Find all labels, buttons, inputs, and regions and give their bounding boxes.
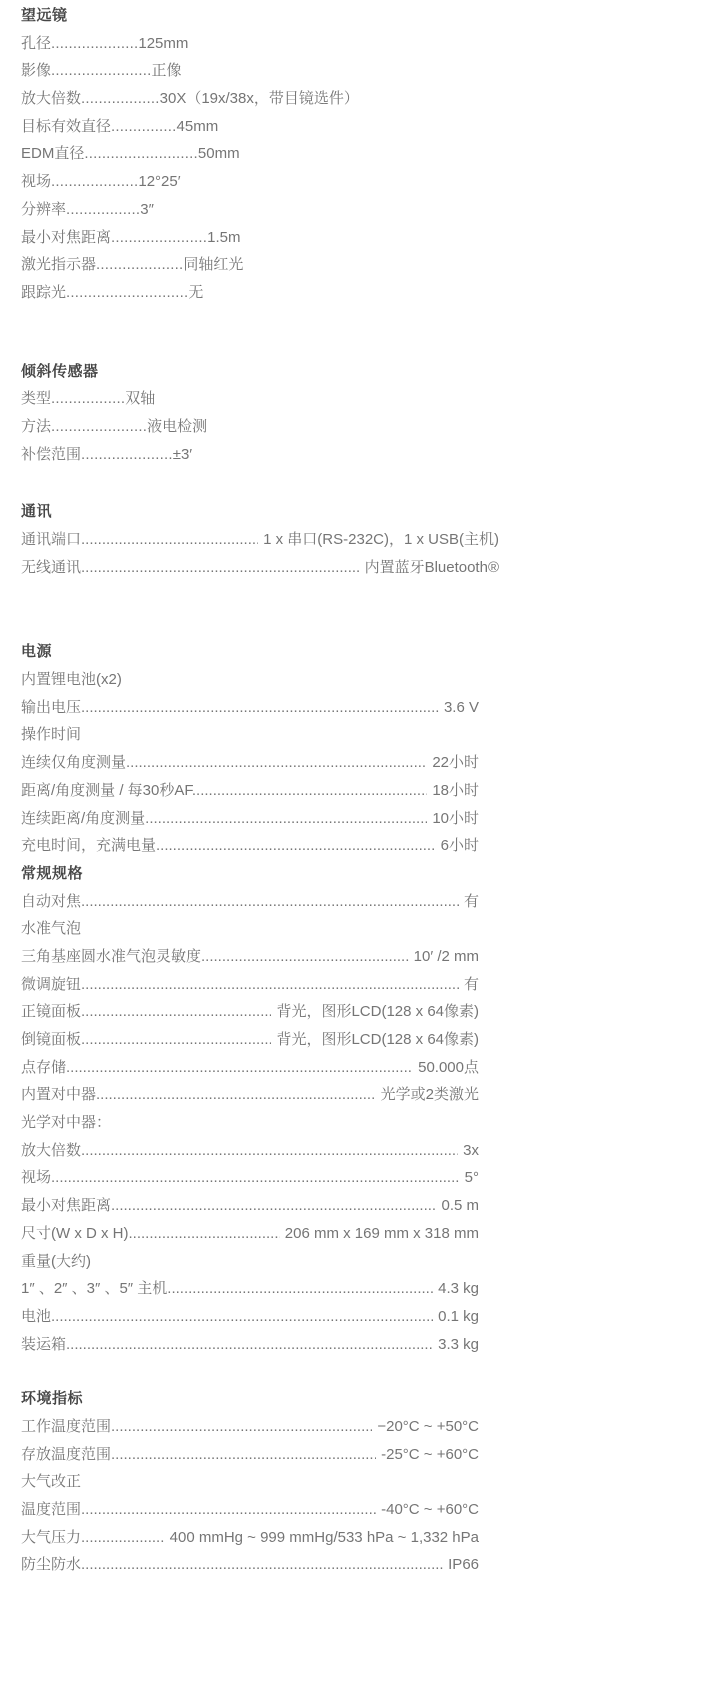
leader-dots: ........................................… [111,1413,372,1441]
spec-value: 10小时 [427,805,479,833]
spec-label: 存放温度范围 [21,1441,111,1469]
spec-row: 内置锂电池(x2) [21,666,725,694]
leader-dots: ........................................… [70,1331,433,1359]
spec-label: 装运箱. [21,1331,70,1359]
spec-label: 连续距离/角度测量 [21,805,145,833]
spec-row: EDM直径..........................50mm [21,140,725,168]
spec-row: 放大倍数....................................… [21,1137,479,1165]
spec-row: 正镜面板....................................… [21,998,479,1026]
spec-section: 环境指标工作温度范围..............................… [21,1385,725,1579]
spec-row: 连续仅角度测量.................................… [21,749,479,777]
spec-value: 1.5m [207,224,240,252]
spec-section: 通讯通讯端口..................................… [21,498,725,581]
spec-label: 放大倍数 [21,1137,81,1165]
spec-row: 补偿范围.....................±3′ [21,441,725,469]
spec-row: 输出电压....................................… [21,694,479,722]
spec-label: 电池 [21,1303,51,1331]
spec-label: 光学对中器： [21,1109,111,1137]
leader-dots: ........................................… [81,694,439,722]
spec-section: 望远镜孔径....................125mm影像........… [21,2,725,307]
spec-label: 尺寸(W x D x H) [21,1220,128,1248]
spec-row: 分辨率.................3″ [21,196,725,224]
spec-value: -25°C ~ +60°C [376,1441,479,1469]
spec-value: 50mm [198,140,240,168]
spec-value: 3.3 kg [433,1331,479,1359]
leader-dots: ........................................… [81,1524,165,1552]
spec-label: 大气压力 [21,1524,81,1552]
spec-label: 三角基座圆水准气泡灵敏度 [21,943,201,971]
spec-section: 常规规格自动对焦................................… [21,860,725,1358]
leader-dots: ........................................… [167,1275,433,1303]
spec-value: 10′ /2 mm [409,943,479,971]
leader-dots: .................. [81,85,160,113]
leader-dots: ...................... [51,413,147,441]
spec-label: 正镜面板 [21,998,81,1026]
spec-value: 内置蓝牙Bluetooth® [360,554,499,582]
leader-dots: ........................................… [81,1026,271,1054]
leader-dots: ........................................… [111,1441,376,1469]
leader-dots: ........................................… [156,832,436,860]
spec-value: IP66 [443,1551,479,1579]
spec-value: ±3′ [173,441,192,469]
spec-value: 双轴 [125,385,155,413]
spec-value: 3x [458,1137,479,1165]
spec-row: 视场....................12°25′ [21,168,725,196]
spec-row: 最小对焦距离..................................… [21,1192,479,1220]
spec-value: 125mm [138,30,188,58]
spec-value: 6小时 [436,832,479,860]
spec-label: 操作时间 [21,721,81,749]
leader-dots: ........................................… [85,526,258,554]
leader-dots: ........................................… [81,971,459,999]
section-title: 环境指标 [21,1385,725,1413]
spec-value: 5° [460,1164,479,1192]
spec-row: 光学对中器： [21,1109,725,1137]
spec-row: 通讯端口....................................… [21,526,499,554]
spec-value: 同轴红光 [183,251,243,279]
spec-label: 分辨率 [21,196,66,224]
spec-row: 内置对中器...................................… [21,1081,479,1109]
leader-dots: ................. [66,196,140,224]
leader-dots: ........................................… [201,943,409,971]
spec-label: 水准气泡 [21,915,81,943]
spec-label: 跟踪光 [21,279,66,307]
leader-dots: .................... [51,30,138,58]
spec-label: 最小对焦距离 [21,224,111,252]
spec-row: 存放温度范围..................................… [21,1441,479,1469]
spec-value: 背光，图形LCD(128 x 64像素) [271,998,479,1026]
leader-dots: ........................................… [145,805,427,833]
spec-label: 孔径 [21,30,51,58]
spec-value: 50.000点 [413,1054,479,1082]
spec-value: 正像 [151,57,181,85]
leader-dots: ............................ [66,279,188,307]
leader-dots: ........................................… [111,1192,436,1220]
spec-value: -40°C ~ +60°C [376,1496,479,1524]
spec-value: −20°C ~ +50°C [372,1413,479,1441]
spec-row: 温度范围....................................… [21,1496,479,1524]
spec-section: 倾斜传感器类型.................双轴方法............… [21,358,725,469]
spec-row: 影像.......................正像 [21,57,725,85]
spec-label: 视场 [21,1164,51,1192]
spec-row: 目标有效直径...............45mm [21,113,725,141]
leader-dots: ........................................… [128,1220,279,1248]
spec-label: 最小对焦距离 [21,1192,111,1220]
spec-value: 3.6 V [439,694,479,722]
spec-row: 倒镜面板....................................… [21,1026,479,1054]
spec-row: 类型.................双轴 [21,385,725,413]
spec-row: 点存储.....................................… [21,1054,479,1082]
spec-section: 电源内置锂电池(x2)输出电压.........................… [21,638,725,860]
leader-dots: ........................................… [96,1081,376,1109]
spec-row: 微调旋钮....................................… [21,971,479,999]
spec-label: 通讯端口. [21,526,85,554]
spec-value: 有 [459,888,479,916]
spec-value: 背光，图形LCD(128 x 64像素) [271,1026,479,1054]
spec-label: 视场 [21,168,51,196]
spec-label: 连续仅角度测量 [21,749,126,777]
spec-label: 方法 [21,413,51,441]
spec-label: EDM直径 [21,140,84,168]
leader-dots: ........................................… [81,1496,376,1524]
leader-dots: ........................................… [81,1551,443,1579]
spec-row: 水准气泡 [21,915,725,943]
spec-label: 微调旋钮 [21,971,81,999]
spec-row: 距离/角度测量 / 每30秒AF........................… [21,777,479,805]
spec-row: 大气压力....................................… [21,1524,479,1552]
leader-dots: ........................................… [51,1164,460,1192]
leader-dots: ........................................… [81,998,271,1026]
spec-row: 防尘防水....................................… [21,1551,479,1579]
leader-dots: ................. [51,385,125,413]
leader-dots: .......................... [84,140,198,168]
spec-row: 最小对焦距离......................1.5m [21,224,725,252]
leader-dots: ..................... [81,441,173,469]
spec-value: 18小时 [427,777,479,805]
spec-label: 工作温度范围 [21,1413,111,1441]
spec-label: 目标有效直径 [21,113,111,141]
spec-value: 400 mmHg ~ 999 mmHg/533 hPa ~ 1,332 hPa [165,1524,479,1552]
spec-row: 视场......................................… [21,1164,479,1192]
leader-dots: ........................................… [66,1054,413,1082]
spec-row: 大气改正 [21,1468,725,1496]
spec-value: 无 [188,279,203,307]
section-title: 电源 [21,638,725,666]
section-title: 倾斜传感器 [21,358,725,386]
leader-dots: ............... [111,113,177,141]
spec-row: 操作时间 [21,721,725,749]
spec-value: 1 x 串口(RS-232C)，1 x USB(主机) [258,526,499,554]
spec-label: 充电时间，充满电量 [21,832,156,860]
spec-row: 尺寸(W x D x H)...........................… [21,1220,479,1248]
spec-label: 激光指示器 [21,251,96,279]
leader-dots: ........................................… [81,888,459,916]
spec-value: 22小时 [427,749,479,777]
spec-value: 206 mm x 169 mm x 318 mm [280,1220,479,1248]
spec-label: 1″ 、2″ 、3″ 、5″ 主机 [21,1275,167,1303]
spec-label: 倒镜面板 [21,1026,81,1054]
spec-value: 0.1 kg [433,1303,479,1331]
leader-dots: ....................... [51,57,151,85]
spec-label: 防尘防水 [21,1551,81,1579]
spec-label: 温度范围 [21,1496,81,1524]
spec-value: 光学或2类激光 [376,1081,479,1109]
spec-label: 点存储 [21,1054,66,1082]
spec-label: 影像 [21,57,51,85]
spec-row: 1″ 、2″ 、3″ 、5″ 主机.......................… [21,1275,479,1303]
spec-label: 类型 [21,385,51,413]
spec-label: 输出电压 [21,694,81,722]
spec-row: 装运箱.....................................… [21,1331,479,1359]
leader-dots: .................... [96,251,183,279]
spec-row: 跟踪光............................无 [21,279,725,307]
spec-value: 12°25′ [138,168,180,196]
leader-dots: ........................................… [196,777,427,805]
section-title: 望远镜 [21,2,725,30]
spec-label: 内置对中器 [21,1081,96,1109]
spec-row: 放大倍数..................30X（19x/38x，带目镜选件） [21,85,725,113]
leader-dots: ........................................… [126,749,427,777]
spec-row: 激光指示器....................同轴红光 [21,251,725,279]
spec-row: 三角基座圆水准气泡灵敏度............................… [21,943,479,971]
spec-label: 距离/角度测量 / 每30秒AF. [21,777,196,805]
leader-dots: ........................................… [51,1303,433,1331]
spec-row: 孔径....................125mm [21,30,725,58]
spec-label: 重量(大约) [21,1248,91,1276]
spec-row: 连续距离/角度测量...............................… [21,805,479,833]
spec-row: 重量(大约) [21,1248,725,1276]
leader-dots: ........................................… [81,1137,458,1165]
spec-sheet: 望远镜孔径....................125mm影像........… [0,0,725,1579]
section-title: 通讯 [21,498,725,526]
spec-row: 工作温度范围..................................… [21,1413,479,1441]
spec-label: 大气改正 [21,1468,81,1496]
spec-row: 充电时间，充满电量...............................… [21,832,479,860]
spec-row: 电池......................................… [21,1303,479,1331]
spec-label: 自动对焦 [21,888,81,916]
spec-label: 内置锂电池(x2) [21,666,122,694]
spec-row: 方法......................液电检测 [21,413,725,441]
spec-value: 有 [459,971,479,999]
spec-value: 0.5 m [436,1192,479,1220]
spec-value: 3″ [140,196,154,224]
spec-label: 无线通讯. [21,554,85,582]
leader-dots: ...................... [111,224,207,252]
section-title: 常规规格 [21,860,725,888]
spec-label: 放大倍数 [21,85,81,113]
leader-dots: ........................................… [85,554,359,582]
spec-value: 4.3 kg [433,1275,479,1303]
spec-row: 自动对焦....................................… [21,888,479,916]
spec-value: 液电检测 [147,413,207,441]
spec-row: 无线通讯....................................… [21,554,499,582]
leader-dots: .................... [51,168,138,196]
spec-label: 补偿范围 [21,441,81,469]
spec-value: 45mm [177,113,219,141]
spec-value: 30X（19x/38x，带目镜选件） [160,85,359,113]
